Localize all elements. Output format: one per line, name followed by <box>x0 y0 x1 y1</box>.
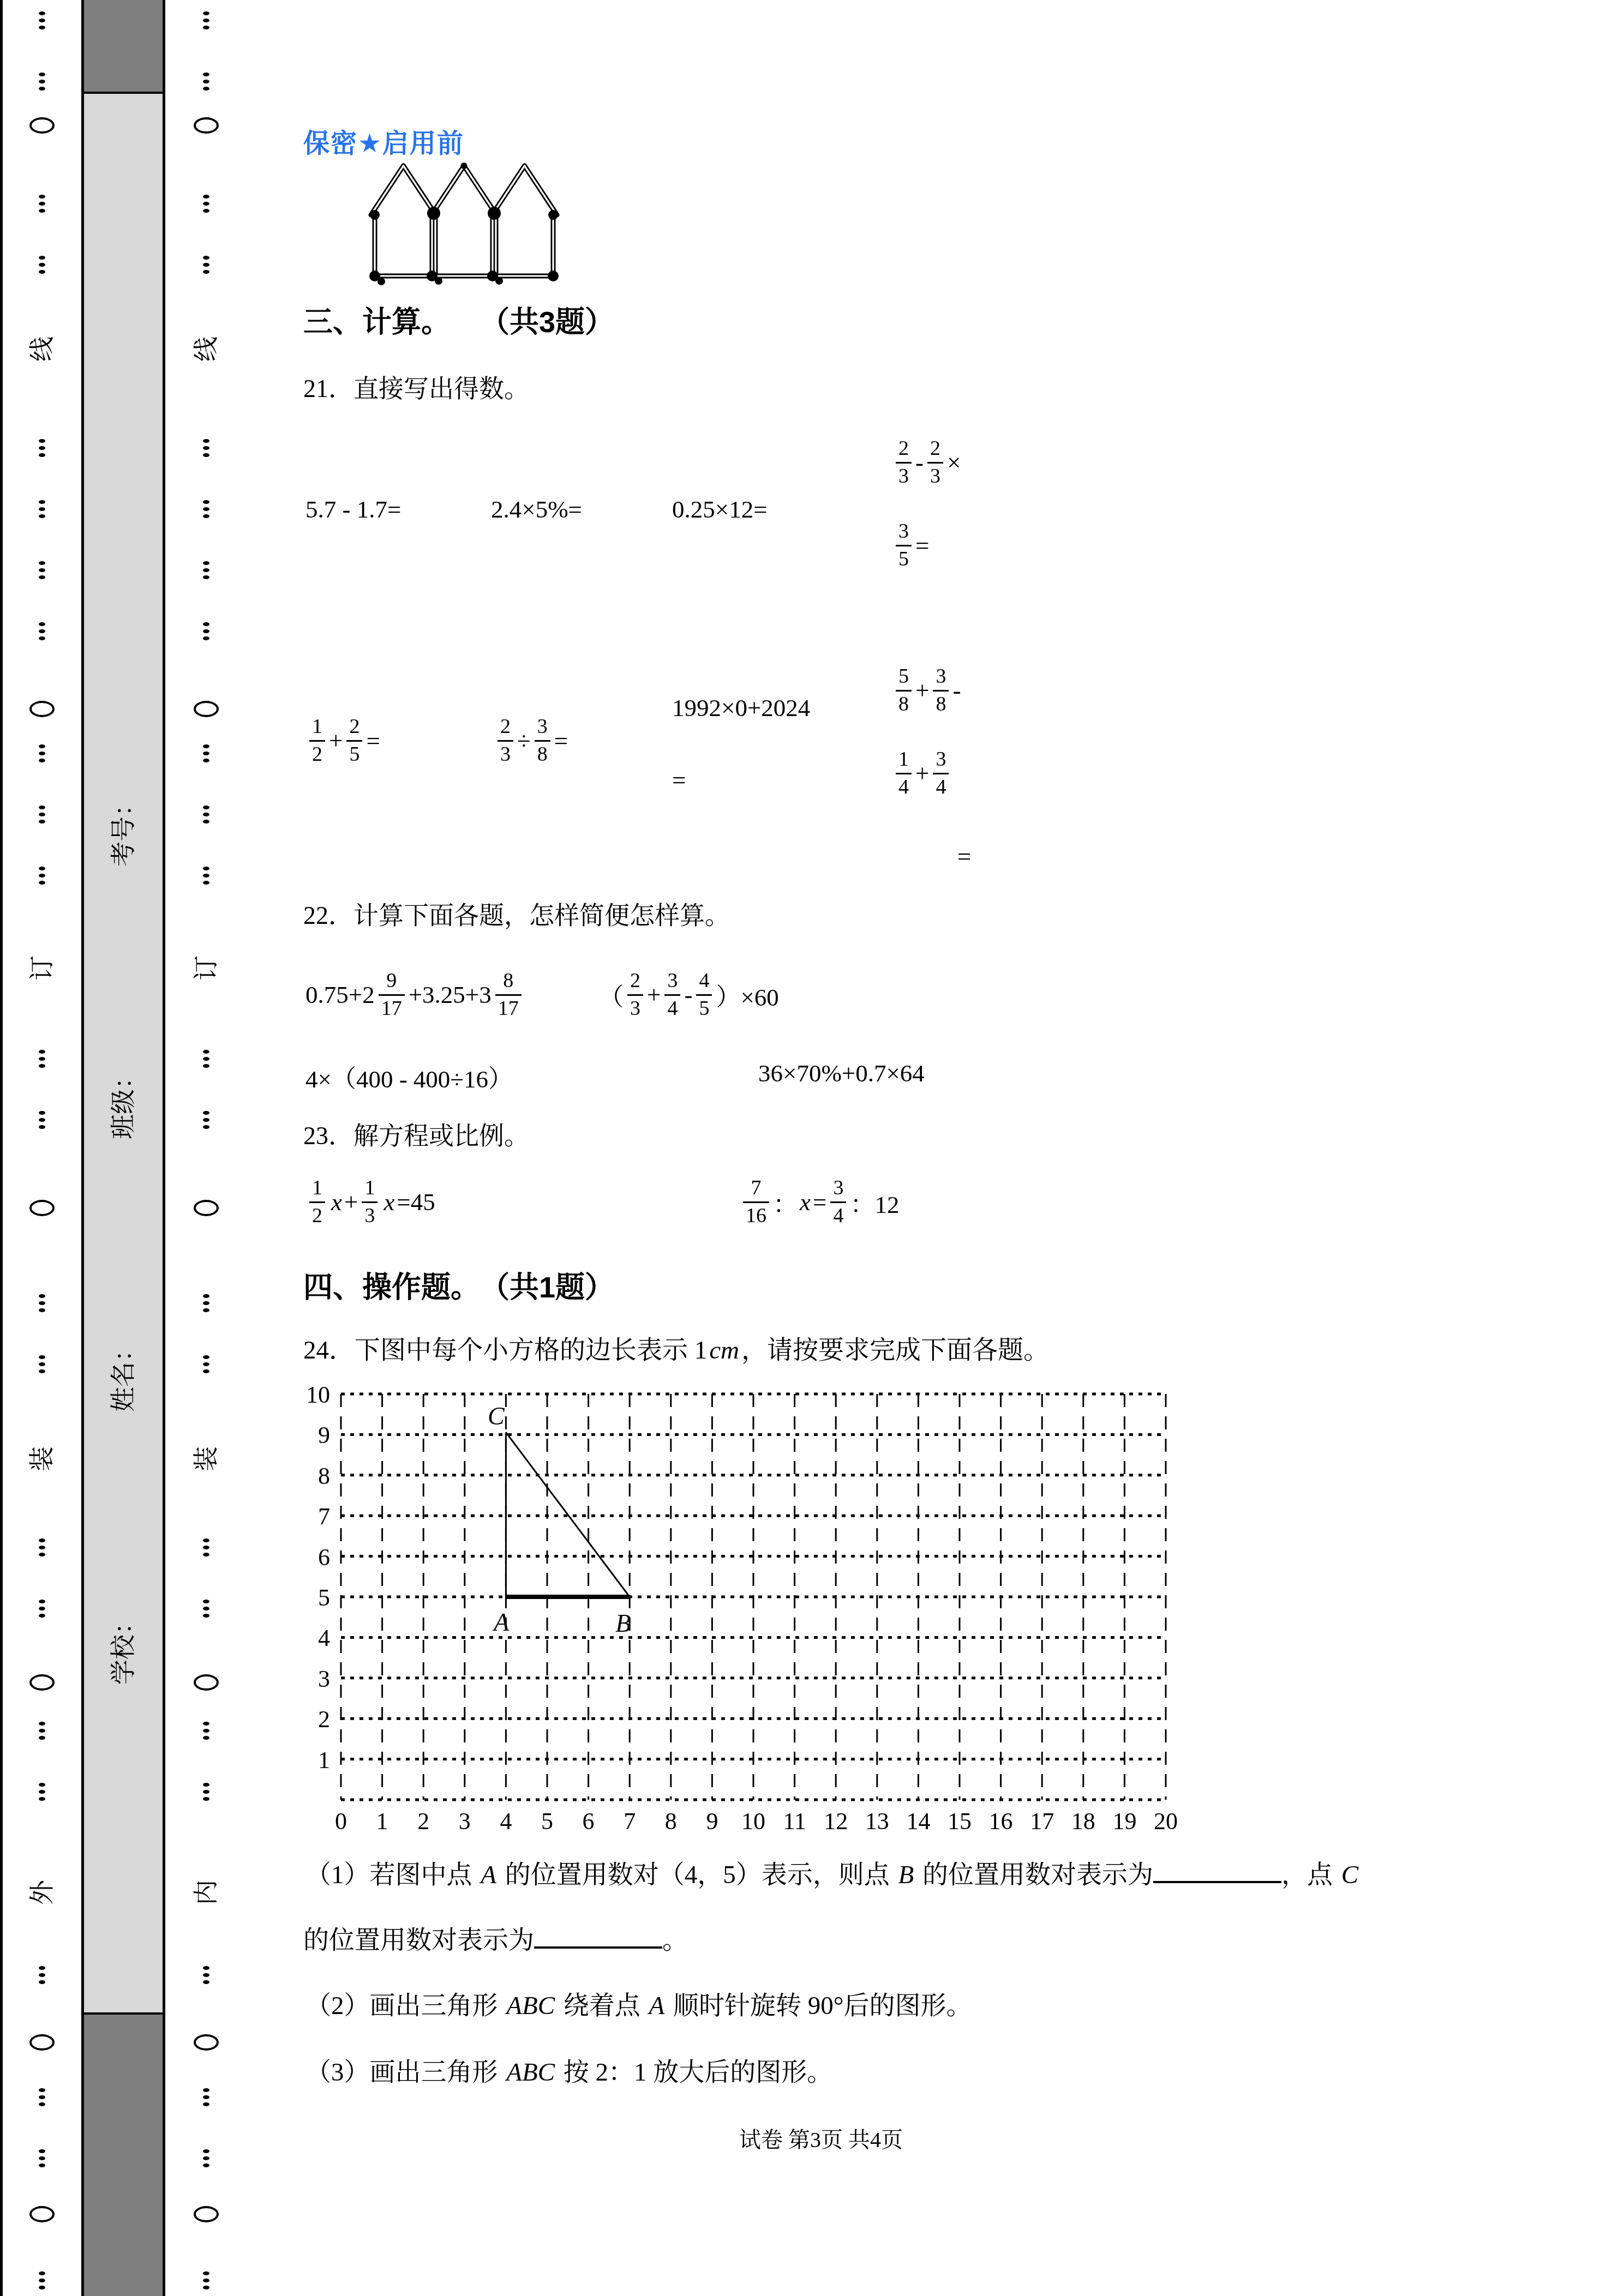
seal-dash-dots <box>203 2146 209 2171</box>
q22-expr-3: 4×（400 - 400÷16） <box>305 1059 513 1095</box>
seal-dash-dots <box>39 619 45 644</box>
expression-text: 0.75+2 <box>305 981 375 1009</box>
matchstick-houses-figure <box>355 157 573 293</box>
expression-text: 0.25×12= <box>672 495 768 524</box>
grid-label: 6 <box>583 1808 595 1835</box>
fraction: 917 <box>379 969 405 1020</box>
fraction: 34 <box>664 969 680 1020</box>
expression-text: 绕着点 <box>557 1992 647 2020</box>
expression-text: （1）若图中点 <box>305 1861 478 1889</box>
seal-dash-dots <box>39 741 45 766</box>
fraction: 817 <box>495 969 522 1020</box>
seal-dash-dots <box>203 8 209 33</box>
grid-label: 15 <box>948 1808 972 1835</box>
seal-line-character: 装 <box>190 1442 223 1475</box>
expression-text: = <box>672 766 686 794</box>
seal-circle-mark <box>194 1200 219 1216</box>
q22-expr-1: 0.75+2917+3.25+3817 <box>305 953 525 1036</box>
grid-label: 17 <box>1030 1808 1054 1835</box>
seal-line-character: 内 <box>190 1876 223 1909</box>
fraction: 38 <box>535 715 550 766</box>
seal-line-character: 线 <box>190 333 223 365</box>
seal-dash-dots <box>203 253 209 277</box>
q21-expr-2: 2.4×5%= <box>491 495 582 524</box>
seal-dash-dots <box>39 69 45 94</box>
grid-label: 11 <box>783 1808 806 1835</box>
expression-text: - <box>952 676 961 705</box>
fraction: 45 <box>696 969 712 1020</box>
grid-label: 0 <box>335 1808 347 1835</box>
seal-circle-mark <box>194 701 219 717</box>
grid-label: 1 <box>318 1747 330 1774</box>
q24-part3: （3）画出三角形 ABC 按 2：1 放大后的图形。 <box>305 2052 832 2088</box>
seal-dash-dots <box>39 1596 45 1621</box>
fraction: 34 <box>830 1176 846 1228</box>
fraction: 12 <box>309 715 325 766</box>
seal-line-character: 订 <box>190 952 223 984</box>
grid-label: 3 <box>318 1666 330 1692</box>
seal-dash-dots <box>39 436 45 460</box>
student-field-label: 考号： <box>109 769 137 889</box>
grid-label: 6 <box>318 1544 330 1571</box>
fraction: 58 <box>896 665 912 716</box>
fraction: 12 <box>309 1176 325 1228</box>
q22-label: 22．计算下面各题，怎样简便怎样算。 <box>303 895 730 931</box>
q21-expr-3: 0.25×12= <box>672 495 768 524</box>
q23-equation-2: 716：x=34：12 <box>739 1161 899 1243</box>
grid-label: 20 <box>1154 1808 1178 1835</box>
grid-label: 16 <box>989 1808 1013 1835</box>
grid-label: 12 <box>824 1808 848 1835</box>
seal-circle-mark <box>194 1674 219 1691</box>
math-variable: ABC <box>504 2058 557 2087</box>
grid-label: B <box>615 1609 631 1637</box>
q22-expr-2: （23+34-45）×60 <box>599 953 779 1036</box>
expression-text: ÷ <box>517 726 531 755</box>
seal-dash-dots <box>203 1291 209 1315</box>
math-variable: x <box>381 1188 397 1216</box>
grid-label: 2 <box>318 1706 330 1733</box>
grid-label: 1 <box>376 1808 388 1835</box>
inner-binding-seal-line: 线订装内 <box>165 0 247 2296</box>
expression-text: = <box>554 726 568 755</box>
grid-label: 8 <box>318 1463 330 1489</box>
q21-expr-4: 23-23×35= <box>892 421 961 587</box>
seal-dash-dots <box>39 1291 45 1315</box>
seal-circle-mark <box>29 1200 55 1216</box>
seal-dash-dots <box>39 1047 45 1071</box>
fraction: 14 <box>896 748 912 799</box>
math-variable: ABC <box>504 1992 557 2020</box>
expression-text: （ <box>599 977 624 1013</box>
student-field-label: 姓名： <box>109 1314 137 1434</box>
seal-dash-dots <box>39 1780 45 1804</box>
expression-text: （2）画出三角形 <box>305 1992 504 2020</box>
expression-text: （3）画出三角形 <box>305 2058 504 2087</box>
student-info-seal-column: 考号：班级：姓名：学校： <box>81 0 165 2296</box>
expression-text: =45 <box>397 1188 435 1216</box>
seal-dash-dots <box>39 8 45 33</box>
expression-text: ，点 <box>1281 1861 1339 1889</box>
q21-label: 21．直接写出得数。 <box>303 369 529 405</box>
expression-text: 顺时针旋转 90°后的图形。 <box>667 1992 972 2020</box>
grid-label: 8 <box>665 1808 677 1835</box>
fraction: 23 <box>927 437 943 488</box>
expression-text: 5.7 - 1.7= <box>305 495 401 524</box>
answer-blank <box>1153 1874 1281 1883</box>
grid-label: 4 <box>318 1625 330 1651</box>
seal-dash-dots <box>39 1535 45 1560</box>
expression-text: ： <box>773 1185 798 1220</box>
expression-text: = <box>957 842 971 870</box>
student-field-label: 班级： <box>109 1042 137 1162</box>
seal-dash-dots <box>203 1108 209 1132</box>
seal-dash-dots <box>203 1963 209 1987</box>
fraction: 35 <box>896 520 912 571</box>
exam-paper-page: 线订装外 考号：班级：姓名：学校： 线订装内 保密★启用前 三、计算。 （共3题… <box>0 0 1624 2296</box>
seal-dash-dots <box>39 802 45 827</box>
grid-label: 5 <box>318 1584 330 1611</box>
seal-circle-mark <box>29 1674 55 1691</box>
seal-dash-dots <box>39 1108 45 1132</box>
fraction: 38 <box>933 665 949 716</box>
grid-label: A <box>492 1608 510 1636</box>
expression-text: 36×70%+0.7×64 <box>758 1059 925 1087</box>
grid-label: 18 <box>1071 1808 1095 1835</box>
coordinate-grid-figure: 1234567891001234567891011121314151617181… <box>305 1358 1200 1849</box>
expression-text: 的位置用数对表示为 <box>303 1926 534 1955</box>
seal-dash-dots <box>203 1047 209 1071</box>
q21-expr-6: 23÷38= <box>494 699 568 782</box>
seal-dash-dots <box>39 2085 45 2109</box>
math-variable: B <box>896 1861 916 1889</box>
seal-dash-dots <box>203 2268 209 2293</box>
seal-dash-dots <box>203 1352 209 1377</box>
expression-text: 的位置用数对（4，5）表示，则点 <box>499 1861 896 1889</box>
seal-column-top-block <box>84 0 163 94</box>
q24-part2: （2）画出三角形 ABC 绕着点 A 顺时针旋转 90°后的图形。 <box>305 1985 972 2022</box>
outer-binding-seal-line: 线订装外 <box>3 0 81 2296</box>
seal-dash-dots <box>203 1535 209 1560</box>
grid-label: 5 <box>541 1808 553 1835</box>
fraction: 34 <box>933 748 949 799</box>
fraction: 23 <box>498 715 513 766</box>
grid-label: 4 <box>500 1808 512 1835</box>
q21-expr-5: 12+25= <box>305 699 380 782</box>
expression-text: × <box>947 448 961 477</box>
math-variable: x <box>329 1188 344 1216</box>
secrecy-notice: 保密★启用前 <box>303 122 464 160</box>
seal-dash-dots <box>39 2268 45 2293</box>
math-variable: C <box>1339 1861 1361 1889</box>
seal-line-character: 外 <box>26 1876 58 1909</box>
expression-text: 。 <box>662 1926 688 1955</box>
fraction: 25 <box>346 715 362 766</box>
expression-text: 按 2：1 放大后的图形。 <box>557 2058 832 2087</box>
math-variable: A <box>647 1992 667 2020</box>
expression-text: + <box>329 726 343 755</box>
seal-dash-dots <box>39 1963 45 1987</box>
q24-part1-line2: 的位置用数对表示为。 <box>303 1920 688 1956</box>
seal-dash-dots <box>39 253 45 277</box>
grid-label: 2 <box>417 1808 429 1835</box>
answer-blank <box>534 1940 662 1949</box>
seal-dash-dots <box>39 558 45 582</box>
page-footer: 试卷 第3页 共4页 <box>739 2123 903 2154</box>
expression-text: - <box>915 448 924 477</box>
seal-dash-dots <box>203 1718 209 1743</box>
seal-circle-mark <box>29 117 55 134</box>
expression-text: 4×（400 - 400÷16） <box>305 1059 513 1095</box>
seal-dash-dots <box>39 1718 45 1743</box>
expression-text: - <box>684 981 692 1009</box>
grid-label: 9 <box>318 1422 330 1448</box>
q21-expr-8: 58+38-14+34= <box>892 649 971 898</box>
expression-text: 2.4×5%= <box>491 495 582 524</box>
q22-expr-4: 36×70%+0.7×64 <box>758 1059 925 1087</box>
expression-text: + <box>344 1188 358 1216</box>
expression-text: + <box>915 676 929 705</box>
fraction: 23 <box>896 437 912 488</box>
seal-dash-dots <box>203 558 209 582</box>
grid-label: 19 <box>1112 1808 1136 1835</box>
seal-dash-dots <box>39 1352 45 1377</box>
seal-dash-dots <box>203 191 209 216</box>
seal-dash-dots <box>203 497 209 521</box>
math-variable: A <box>478 1861 499 1889</box>
q23-label: 23．解方程或比例。 <box>303 1116 529 1152</box>
section-three-heading: 三、计算。 （共3题） <box>303 299 614 341</box>
fraction: 23 <box>627 969 643 1020</box>
grid-label: 10 <box>306 1381 330 1408</box>
seal-dash-dots <box>39 497 45 521</box>
seal-dash-dots <box>203 802 209 827</box>
seal-column-bottom-block <box>84 2012 163 2296</box>
seal-dash-dots <box>203 619 209 644</box>
expression-text: ：12 <box>850 1185 899 1220</box>
expression-text: = <box>366 726 380 755</box>
expression-text: + <box>915 759 929 788</box>
seal-circle-mark <box>194 117 219 134</box>
seal-circle-mark <box>29 2206 55 2222</box>
seal-circle-mark <box>194 2206 219 2222</box>
seal-circle-mark <box>194 2034 219 2051</box>
expression-text: +3.25+3 <box>409 981 492 1009</box>
q21-expr-1: 5.7 - 1.7= <box>305 495 401 524</box>
expression-text: = <box>915 531 929 560</box>
grid-label: 10 <box>741 1808 765 1835</box>
section-four-heading: 四、操作题。 （共1题） <box>303 1264 614 1306</box>
seal-dash-dots <box>203 863 209 888</box>
seal-dash-dots <box>203 741 209 766</box>
seal-circle-mark <box>29 701 55 717</box>
grid-label: 7 <box>624 1808 636 1835</box>
seal-dash-dots <box>203 436 209 460</box>
seal-dash-dots <box>203 1780 209 1804</box>
q24-part1-line1: （1）若图中点 A 的位置用数对（4，5）表示，则点 B 的位置用数对表示为，点… <box>305 1854 1361 1891</box>
expression-text: = <box>813 1188 826 1216</box>
q23-equation-1: 12x+13x=45 <box>305 1161 435 1243</box>
q21-expr-7: 1992×0+2024= <box>672 694 810 794</box>
seal-dash-dots <box>39 863 45 888</box>
grid-label: 13 <box>865 1808 889 1835</box>
seal-dash-dots <box>203 1596 209 1621</box>
grid-label: 7 <box>318 1503 330 1530</box>
seal-line-character: 线 <box>26 333 58 365</box>
grid-label: C <box>488 1402 505 1430</box>
math-variable: x <box>798 1188 813 1216</box>
grid-label: 9 <box>706 1808 718 1835</box>
fraction: 716 <box>743 1176 769 1228</box>
expression-text: 的位置用数对表示为 <box>916 1861 1153 1889</box>
student-field-label: 学校： <box>109 1587 137 1707</box>
fraction: 13 <box>362 1176 377 1228</box>
seal-line-character: 订 <box>26 952 58 984</box>
seal-dash-dots <box>203 2085 209 2109</box>
seal-dash-dots <box>39 191 45 216</box>
seal-circle-mark <box>29 2034 55 2051</box>
expression-text: ）×60 <box>716 977 778 1013</box>
seal-line-character: 装 <box>26 1442 58 1475</box>
seal-dash-dots <box>203 69 209 94</box>
seal-dash-dots <box>39 2146 45 2171</box>
expression-text: + <box>647 981 661 1009</box>
expression-text: 1992×0+2024 <box>672 694 810 722</box>
grid-label: 3 <box>459 1808 471 1835</box>
grid-label: 14 <box>906 1808 930 1835</box>
